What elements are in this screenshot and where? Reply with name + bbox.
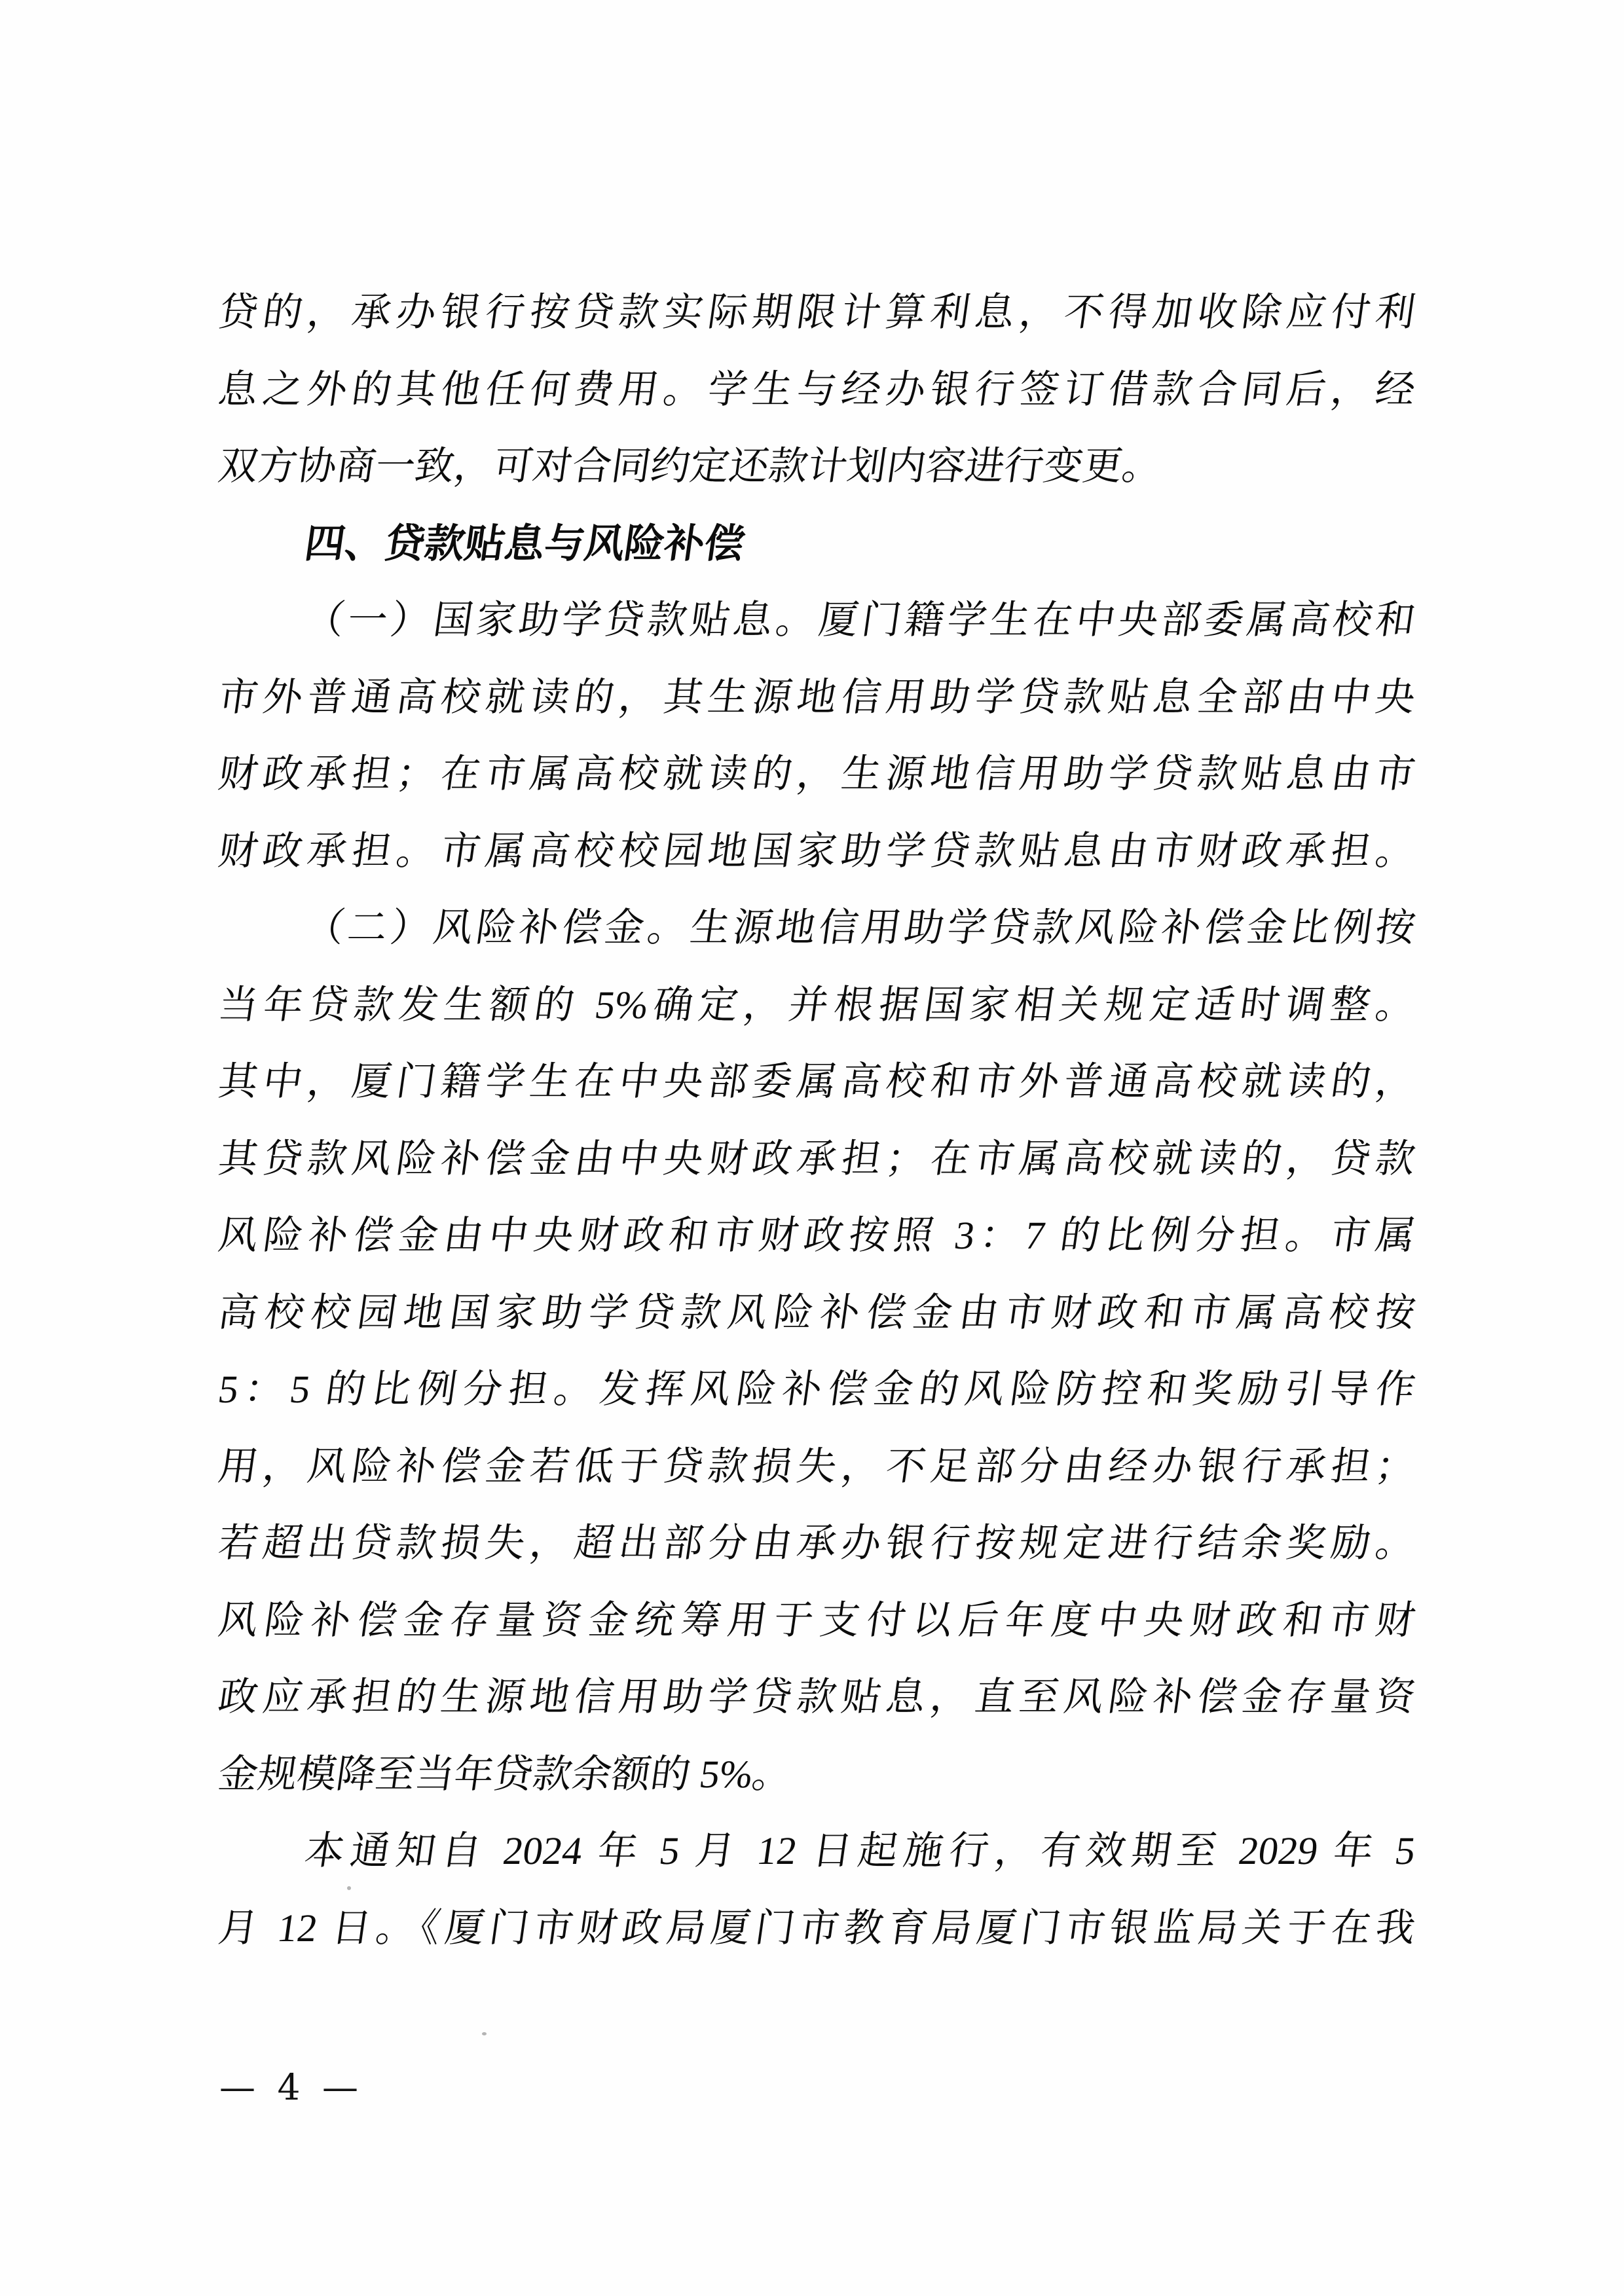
text-line: （二）风险补偿金。生源地信用助学贷款风险补偿金比例按 — [213, 890, 1421, 967]
scan-speck — [482, 2032, 487, 2035]
document-body: 贷的，承办银行按贷款实际期限计算利息，不得加收除应付利息之外的其他任何费用。学生… — [218, 274, 1414, 1967]
text-line: 财政承担。市属高校校园地国家助学贷款贴息由市财政承担。 — [213, 813, 1421, 890]
text-line: 市外普通高校就读的，其生源地信用助学贷款贴息全部由中央 — [213, 659, 1421, 737]
text-line: （一）国家助学贷款贴息。厦门籍学生在中央部委属高校和 — [213, 582, 1421, 659]
page-number: — 4 — — [219, 2066, 363, 2108]
text-line: 金规模降至当年贷款余额的 5%。 — [213, 1736, 1421, 1813]
text-line: 政应承担的生源地信用助学贷款贴息，直至风险补偿金存量资 — [213, 1659, 1421, 1736]
text-line: 其贷款风险补偿金由中央财政承担；在市属高校就读的，贷款 — [213, 1121, 1421, 1198]
text-line: 当年贷款发生额的 5%确定，并根据国家相关规定适时调整。 — [213, 967, 1421, 1044]
text-line: 贷的，承办银行按贷款实际期限计算利息，不得加收除应付利 — [213, 274, 1421, 352]
text-line: 双方协商一致，可对合同约定还款计划内容进行变更。 — [213, 428, 1421, 505]
text-line: 用，风险补偿金若低于贷款损失，不足部分由经办银行承担； — [213, 1429, 1421, 1506]
text-line: 风险补偿金存量资金统筹用于支付以后年度中央财政和市财 — [213, 1582, 1421, 1660]
text-line: 月 12 日。《厦门市财政局厦门市教育局厦门市银监局关于在我 — [213, 1890, 1421, 1967]
document-page: 贷的，承办银行按贷款实际期限计算利息，不得加收除应付利息之外的其他任何费用。学生… — [0, 0, 1624, 2296]
scan-speck — [347, 1886, 351, 1890]
text-line: 若超出贷款损失，超出部分由承办银行按规定进行结余奖励。 — [213, 1505, 1421, 1582]
text-line: 高校校园地国家助学贷款风险补偿金由市财政和市属高校按 — [213, 1275, 1421, 1352]
text-line: 财政承担；在市属高校就读的，生源地信用助学贷款贴息由市 — [213, 736, 1421, 813]
text-line: 其中，厦门籍学生在中央部委属高校和市外普通高校就读的， — [213, 1044, 1421, 1121]
section-heading: 四、贷款贴息与风险补偿 — [213, 505, 1421, 583]
page-footer: — 4 — — [219, 2066, 363, 2108]
text-line: 本通知自 2024 年 5 月 12 日起施行，有效期至 2029 年 5 — [213, 1813, 1421, 1890]
text-line: 5：5 的比例分担。发挥风险补偿金的风险防控和奖励引导作 — [213, 1351, 1421, 1429]
text-line: 息之外的其他任何费用。学生与经办银行签订借款合同后，经 — [213, 352, 1421, 429]
text-line: 风险补偿金由中央财政和市财政按照 3：7 的比例分担。市属 — [213, 1197, 1421, 1275]
